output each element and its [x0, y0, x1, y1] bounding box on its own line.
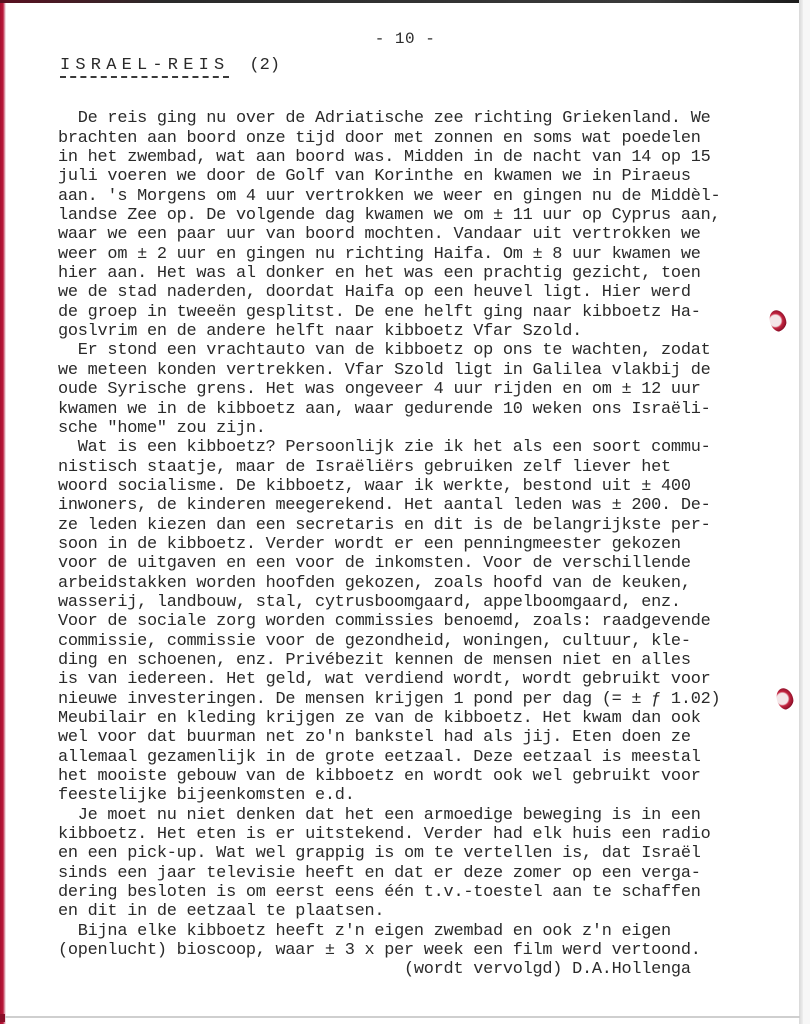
page-number: - 10 -: [0, 30, 810, 48]
text-line: brachten aan boord onze tijd door met zo…: [58, 129, 798, 148]
text-line: de groep in tweeën gesplitst. De ene hel…: [58, 303, 798, 322]
text-line: wasserij, landbouw, stal, cytrusboomgaar…: [58, 593, 798, 612]
text-line: kibboetz. Het eten is er uitstekend. Ver…: [58, 825, 798, 844]
text-line: landse Zee op. De volgende dag kwamen we…: [58, 206, 798, 225]
text-line: is van iedereen. Het geld, wat verdiend …: [58, 670, 798, 689]
article-title: ISRAEL-REIS: [60, 56, 229, 78]
text-line: Wat is een kibboetz? Persoonlijk zie ik …: [58, 438, 798, 457]
text-line: weer om ± 2 uur en gingen nu richting Ha…: [58, 245, 798, 264]
text-line: we de stad naderden, doordat Haifa op ee…: [58, 283, 798, 302]
text-line: Meubilair en kleding krijgen ze van de k…: [58, 709, 798, 728]
text-line: De reis ging nu over de Adriatische zee …: [58, 109, 798, 128]
text-line: wel voor dat buurman net zo'n bankstel h…: [58, 728, 798, 747]
text-line: Je moet nu niet denken dat het een armoe…: [58, 806, 798, 825]
right-background-strip: [803, 0, 810, 1024]
text-line: commissie, commissie voor de gezondheid,…: [58, 632, 798, 651]
text-line: sche "home" zou zijn.: [58, 419, 798, 438]
text-line: ding en schoenen, enz. Privébezit kennen…: [58, 651, 798, 670]
text-line: arbeidstakken worden hoofden gekozen, zo…: [58, 574, 798, 593]
text-line: in het zwembad, wat aan boord was. Midde…: [58, 148, 798, 167]
text-line: we meteen konden vertrekken. Vfar Szold …: [58, 361, 798, 380]
text-line: soon in de kibboetz. Verder wordt er een…: [58, 535, 798, 554]
author-signature: (wordt vervolgd) D.A.Hollenga: [58, 960, 798, 979]
text-line: waar we een paar uur van boord mochten. …: [58, 225, 798, 244]
text-line: juli voeren we door de Golf van Korinthe…: [58, 167, 798, 186]
text-line: en dit in de eetzaal te plaatsen.: [58, 902, 798, 921]
article-body: De reis ging nu over de Adriatische zee …: [58, 90, 798, 980]
text-line: inwoners, de kinderen meegerekend. Het a…: [58, 496, 798, 515]
top-page-edge: [0, 0, 810, 3]
text-line: dering besloten is om eerst eens één t.v…: [58, 883, 798, 902]
text-line: ze leden kiezen dan een secretaris en di…: [58, 516, 798, 535]
text-line: Er stond een vrachtauto van de kibboetz …: [58, 341, 798, 360]
text-line: kwamen we in de kibboetz aan, waar gedur…: [58, 400, 798, 419]
article-part-number: (2): [249, 56, 280, 75]
text-line: hier aan. Het was al donker en het was e…: [58, 264, 798, 283]
text-line: allemaal gezamenlijk in de grote eetzaal…: [58, 748, 798, 767]
text-line: het mooiste gebouw van de kibboetz en wo…: [58, 767, 798, 786]
text-line: nieuwe investeringen. De mensen krijgen …: [58, 690, 798, 709]
text-line: aan. 's Morgens om 4 uur vertrokken we w…: [58, 187, 798, 206]
text-line: nistisch staatje, maar de Israëliërs geb…: [58, 458, 798, 477]
left-binding-strip: [0, 0, 6, 1024]
article-title-row: ISRAEL-REIS(2): [60, 56, 280, 75]
text-line: Voor de sociale zorg worden commissies b…: [58, 612, 798, 631]
text-line: en een pick-up. Wat wel grappig is om te…: [58, 844, 798, 863]
text-line: voor de uitgaven en een voor de inkomste…: [58, 554, 798, 573]
text-line: woord socialisme. De kibboetz, waar ik w…: [58, 477, 798, 496]
text-line: (openlucht) bioscoop, waar ± 3 x per wee…: [58, 941, 798, 960]
text-line: Bijna elke kibboetz heeft z'n eigen zwem…: [58, 922, 798, 941]
bottom-page-edge: [0, 1016, 800, 1018]
text-line: sinds een jaar televisie heeft en dat er…: [58, 864, 798, 883]
text-line: goslvrim en de andere helft naar kibboet…: [58, 322, 798, 341]
text-line: oude Syrische grens. Het was ongeveer 4 …: [58, 380, 798, 399]
text-line: feestelijke bijeenkomsten e.d.: [58, 786, 798, 805]
